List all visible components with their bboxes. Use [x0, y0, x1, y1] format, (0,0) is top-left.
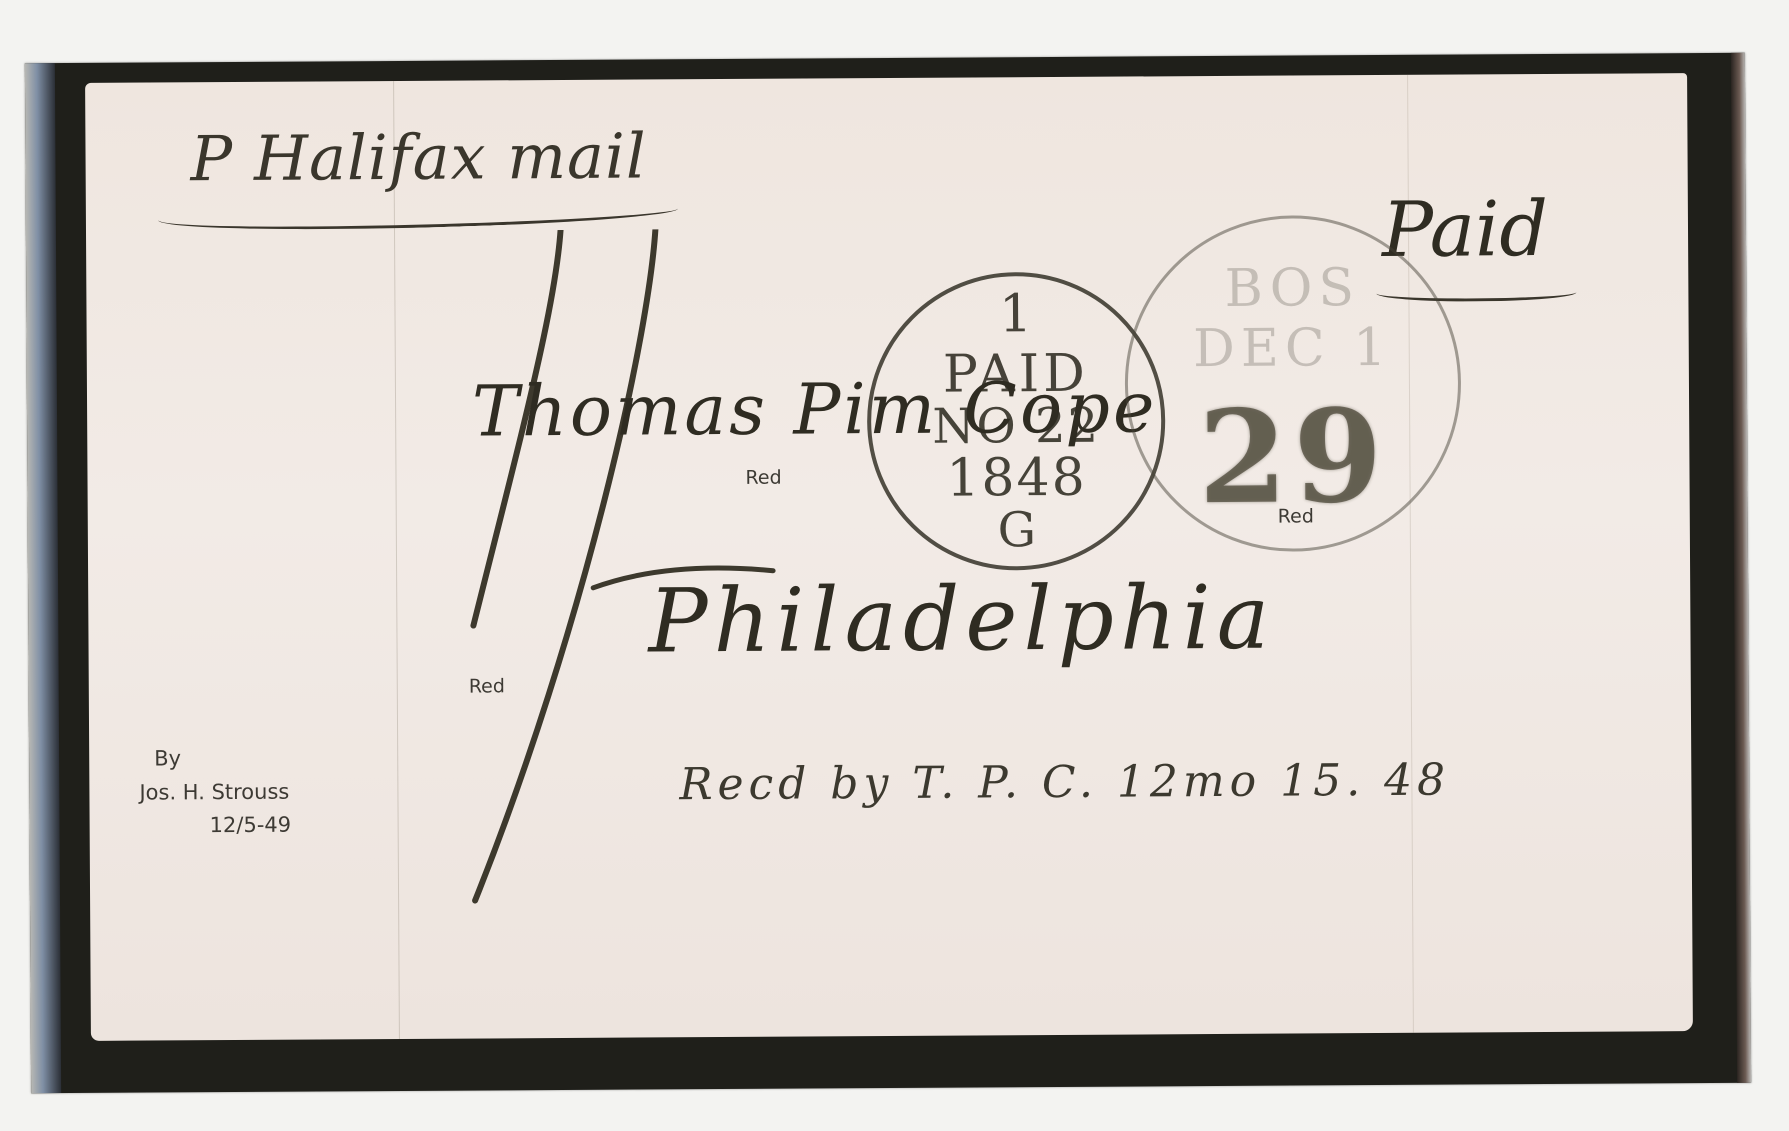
paid-postmark-letter: G: [872, 505, 1162, 555]
paid-postmark-word: PAID: [871, 347, 1161, 401]
paid-postmark: 1 PAID NO 22 1848 G: [866, 271, 1166, 571]
photo-credit: By Jos. H. Strouss 12/5-49: [139, 742, 291, 844]
paid-postmark-date: NO 22: [871, 401, 1161, 451]
credit-by: By: [139, 742, 291, 777]
credit-date: 12/5-49: [140, 809, 292, 844]
received-docket: Recd by T. P. C. 12mo 15. 48: [679, 755, 1450, 811]
letter-cover: P Halifax mail Paid Thomas Pim Cope 1 PA…: [85, 73, 1693, 1041]
color-note-red: Red: [469, 675, 505, 697]
rate-handstamp: BOS DEC 1 29: [1124, 215, 1462, 553]
rate-handstamp-town: BOS: [1127, 258, 1457, 320]
destination-city: Philadelphia: [648, 566, 1275, 673]
paid-postmark-year: 1848: [871, 451, 1161, 505]
paid-postmark-rate: 1: [870, 287, 1160, 341]
photo-edge-left: [25, 63, 61, 1093]
credit-name: Jos. H. Strouss: [139, 775, 291, 810]
color-note-red: Red: [745, 467, 781, 489]
photo-edge-right: [1731, 53, 1751, 1083]
color-note-red: Red: [1278, 505, 1314, 527]
rate-handstamp-date: DEC 1: [1128, 318, 1458, 380]
routing-note: P Halifax mail: [190, 119, 647, 195]
